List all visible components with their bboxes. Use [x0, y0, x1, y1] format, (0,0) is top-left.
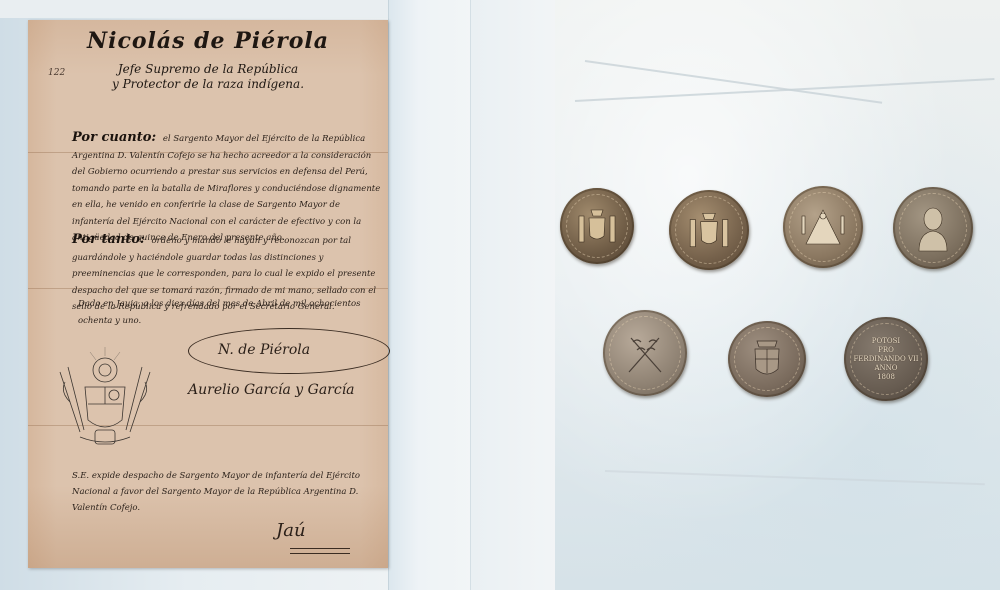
coin-bust-portrait [893, 187, 973, 269]
paragraph-lead: Por tanto: [72, 232, 145, 247]
coin-crossed-branches [603, 310, 687, 396]
inscription-line: 1808 [853, 373, 918, 382]
coin-madonna-mountain [783, 186, 863, 268]
coin-potosi-1808: POTOSI PRO FERDINANDO VII ANNO 1808 [844, 317, 928, 401]
document-title: Nicolás de Piérola [28, 28, 388, 54]
inscription-line: POTOSI [853, 337, 918, 346]
crossed-branches-icon [619, 328, 671, 378]
pillars-and-shield-icon [575, 206, 619, 246]
coin-pillars-arms-1 [560, 188, 634, 264]
coin-crowned-shield [728, 321, 806, 397]
subtitle-line-1: Jefe Supremo de la República [28, 62, 388, 77]
paragraph-lead: Por cuanto: [72, 130, 156, 145]
tissue-crease [575, 78, 995, 102]
pillars-and-shield-icon [686, 209, 732, 251]
paragraph-por-cuanto: Por cuanto: el Sargento Mayor del Ejérci… [72, 130, 382, 247]
coin-pillars-arms-2 [669, 190, 749, 270]
inscription-line: FERDINANDO VII [853, 355, 918, 364]
tissue-paper-background [555, 0, 1000, 590]
inscription-line: ANNO [853, 364, 918, 373]
dated-line: Dado en Jauja, a los diez días del mes d… [78, 296, 388, 329]
crowned-shield-icon [747, 337, 787, 381]
paragraph-text: el Sargento Mayor del Ejército de la Rep… [72, 134, 380, 243]
signature-secretary: Jaú [276, 520, 306, 541]
document-subtitle: Jefe Supremo de la República y Protector… [28, 62, 388, 92]
document-footer-note: S.E. expide despacho de Sargento Mayor d… [72, 468, 382, 516]
subtitle-line-2: y Protector de la raza indígena. [28, 77, 388, 92]
bust-portrait-icon [911, 203, 955, 253]
inscription-line: PRO [853, 346, 918, 355]
mountain-madonna-icon [798, 204, 848, 250]
photo-scene: 122 Nicolás de Piérola Jefe Supremo de l… [0, 0, 1000, 590]
signature-underline [290, 548, 350, 554]
historical-document: 122 Nicolás de Piérola Jefe Supremo de l… [28, 20, 388, 568]
peru-coat-of-arms-engraving [50, 342, 160, 452]
tissue-crease [605, 470, 985, 485]
signature-pierola: N. de Piérola [218, 342, 310, 358]
signature-garcia: Aurelio García y García [188, 382, 355, 398]
coin-inscription: POTOSI PRO FERDINANDO VII ANNO 1808 [853, 337, 918, 382]
